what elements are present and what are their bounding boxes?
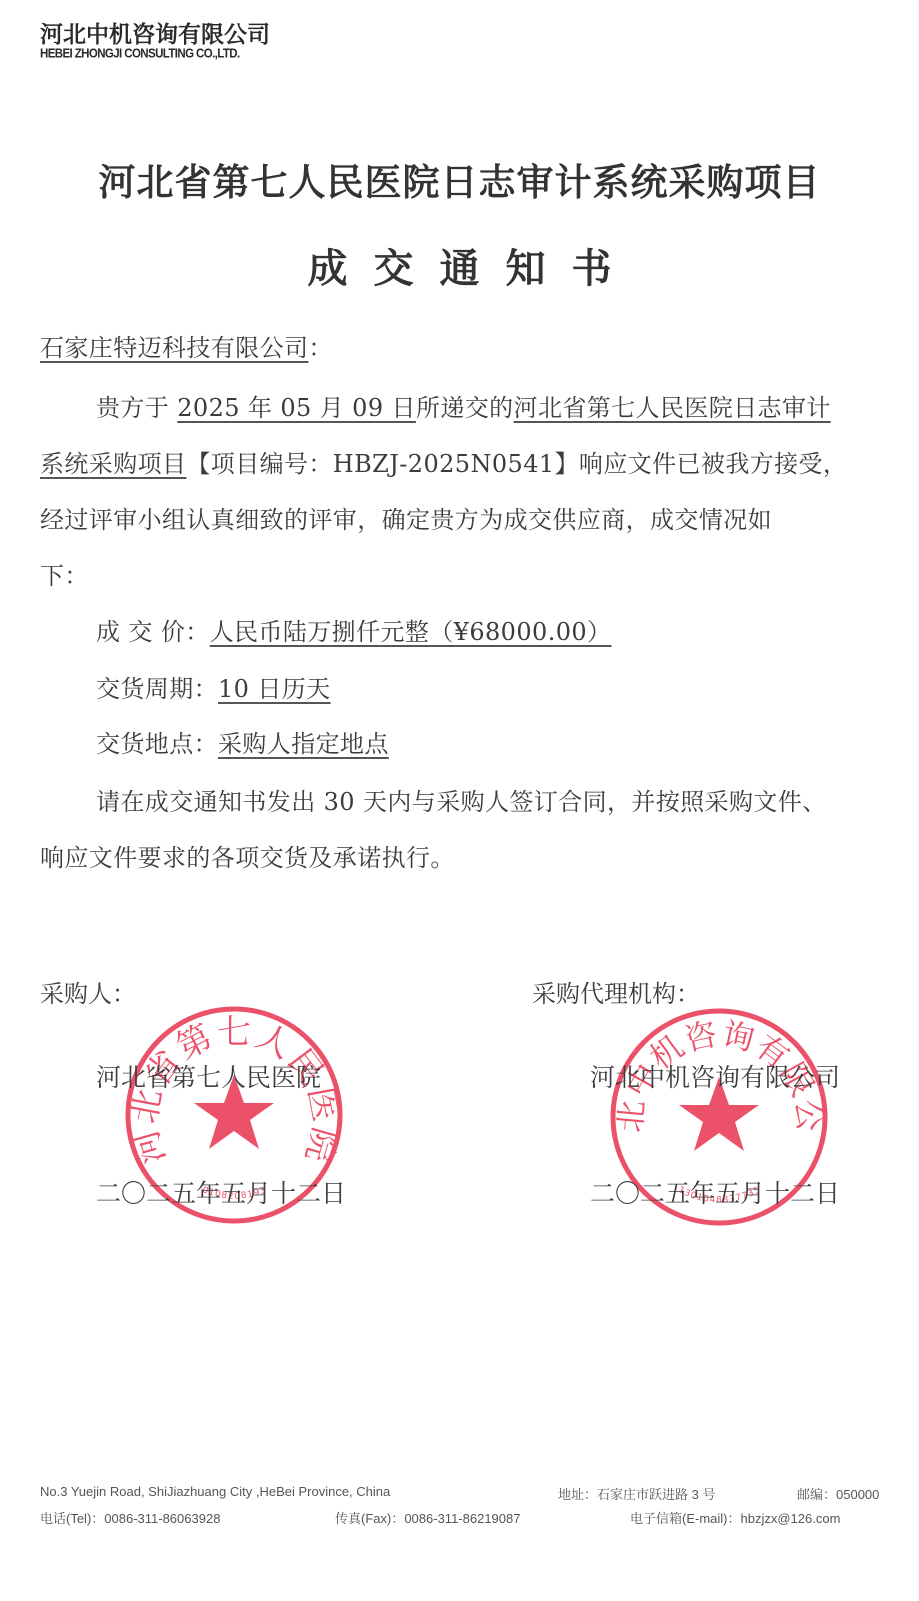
detail-delivery-period: 交货周期：10 日历天 [96, 669, 331, 704]
footer-address-en: No.3 Yuejin Road, ShiJiazhuang City ,HeB… [40, 1484, 390, 1499]
purchaser-name: 河北省第七人民医院 [96, 1058, 321, 1094]
document-subtitle: 成交通知书 [0, 237, 919, 294]
agency-name: 河北中机咨询有限公司 [590, 1058, 840, 1094]
detail-price: 成 交 价：人民币陆万捌仟元整（¥68000.00） [96, 612, 611, 647]
footer-postcode: 邮编：050000 [797, 1484, 879, 1503]
paragraph1-line3: 经过评审小组认真细致的评审，确定贵方为成交供应商，成交情况如 [40, 500, 772, 535]
project-name-part1: 河北省第七人民医院日志审计 [514, 394, 831, 422]
addressee: 石家庄特迈科技有限公司： [40, 328, 333, 363]
detail-price-label: 成 交 价： [96, 618, 210, 646]
detail-delivery-location-value: 采购人指定地点 [218, 730, 389, 758]
footer-address-cn: 地址：石家庄市跃进路 3 号 [558, 1484, 715, 1503]
detail-delivery-period-value: 10 日历天 [218, 675, 331, 703]
paragraph1-line2: 系统采购项目【项目编号：HBZJ-2025N0541】响应文件已被我方接受， [40, 444, 847, 479]
paragraph2-line2: 响应文件要求的各项交货及承诺执行。 [40, 838, 455, 873]
detail-price-value: 人民币陆万捌仟元整（¥68000.00） [210, 618, 612, 646]
submission-date: 2025 年 05 月 09 日 [177, 394, 416, 422]
paragraph1-line1: 贵方于 2025 年 05 月 09 日所递交的河北省第七人民医院日志审计 [96, 388, 831, 423]
project-name-part2: 系统采购项目 [40, 450, 186, 478]
letterhead-company-cn: 河北中机咨询有限公司 [40, 16, 270, 49]
footer-fax: 传真(Fax)：0086-311-86219087 [335, 1508, 520, 1527]
purchaser-date: 二〇二五年五月十二日 [96, 1174, 346, 1210]
addressee-name: 石家庄特迈科技有限公司 [40, 334, 308, 362]
footer-tel: 电话(Tel)：0086-311-86063928 [40, 1508, 220, 1527]
paragraph2-line1: 请在成交通知书发出 30 天内与采购人签订合同，并按照采购文件、 [96, 782, 827, 817]
letterhead-company-en: HEBEI ZHONGJI CONSULTING CO.,LTD. [40, 47, 240, 61]
footer-email: 电子信箱(E-mail)：hbzjzx@126.com [630, 1508, 840, 1527]
detail-delivery-location-label: 交货地点： [96, 730, 218, 758]
paragraph1-prefix: 贵方于 [96, 394, 177, 422]
document-title: 河北省第七人民医院日志审计系统采购项目 [0, 152, 919, 206]
paragraph1-mid: 所递交的 [416, 394, 514, 422]
project-number: 【项目编号：HBZJ-2025N0541】响应文件已被我方接受， [186, 450, 847, 478]
agency-label: 采购代理机构： [532, 974, 700, 1009]
detail-delivery-location: 交货地点：采购人指定地点 [96, 724, 389, 759]
agency-date: 二〇二五年五月十二日 [590, 1174, 840, 1210]
addressee-colon: ： [308, 334, 332, 362]
detail-delivery-period-label: 交货周期： [96, 675, 218, 703]
paragraph1-line4: 下： [40, 556, 89, 591]
